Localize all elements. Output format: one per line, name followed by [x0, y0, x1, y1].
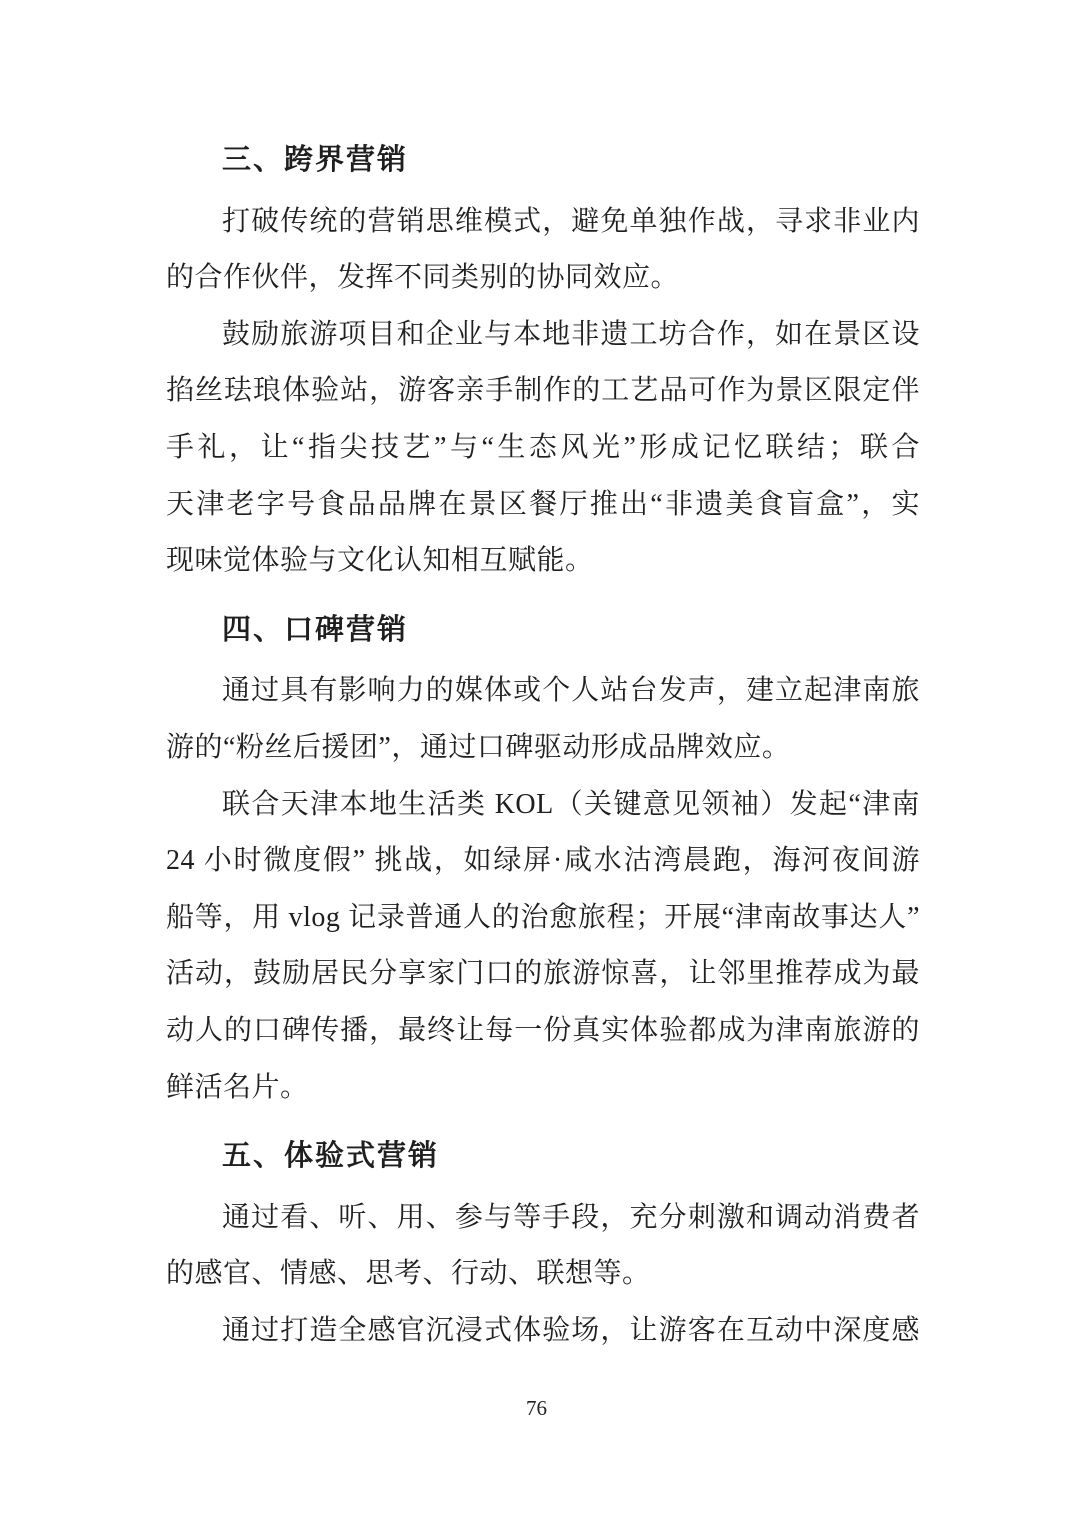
- text-line: 鲜活名片。: [166, 1060, 920, 1117]
- text-line: 联合天津本地生活类 KOL（关键意见领袖）发起“津南: [166, 777, 920, 834]
- paragraph: 通过打造全感官沉浸式体验场，让游客在互动中深度感: [166, 1303, 920, 1360]
- paragraph: 通过看、听、用、参与等手段，充分刺激和调动消费者的感官、情感、思考、行动、联想等…: [166, 1190, 920, 1303]
- text-line: 现味觉体验与文化认知相互赋能。: [166, 533, 920, 590]
- text-line: 活动，鼓励居民分享家门口的旅游惊喜，让邻里推荐成为最: [166, 946, 920, 1003]
- text-line: 通过打造全感官沉浸式体验场，让游客在互动中深度感: [166, 1303, 920, 1360]
- paragraph: 联合天津本地生活类 KOL（关键意见领袖）发起“津南24 小时微度假” 挑战，如…: [166, 777, 920, 1117]
- paragraph: 鼓励旅游项目和企业与本地非遗工坊合作，如在景区设掐丝珐琅体验站，游客亲手制作的工…: [166, 307, 920, 590]
- document-body: 三、跨界营销打破传统的营销思维模式，避免单独作战，寻求非业内的合作伙伴，发挥不同…: [166, 120, 920, 1359]
- document-page: 三、跨界营销打破传统的营销思维模式，避免单独作战，寻求非业内的合作伙伴，发挥不同…: [0, 0, 1073, 1519]
- text-line: 手礼，让“指尖技艺”与“生态风光”形成记忆联结；联合: [166, 420, 920, 477]
- text-line: 鼓励旅游项目和企业与本地非遗工坊合作，如在景区设: [166, 307, 920, 364]
- page-number: 76: [0, 1396, 1073, 1421]
- paragraph: 打破传统的营销思维模式，避免单独作战，寻求非业内的合作伙伴，发挥不同类别的协同效…: [166, 194, 920, 307]
- text-line: 船等，用 vlog 记录普通人的治愈旅程；开展“津南故事达人”: [166, 890, 920, 947]
- text-line: 动人的口碑传播，最终让每一份真实体验都成为津南旅游的: [166, 1003, 920, 1060]
- paragraph: 通过具有影响力的媒体或个人站台发声，建立起津南旅游的“粉丝后援团”，通过口碑驱动…: [166, 663, 920, 776]
- text-line: 的合作伙伴，发挥不同类别的协同效应。: [166, 250, 920, 307]
- text-line: 通过具有影响力的媒体或个人站台发声，建立起津南旅: [166, 663, 920, 720]
- section-heading: 四、口碑营销: [166, 602, 920, 659]
- text-line: 游的“粉丝后援团”，通过口碑驱动形成品牌效应。: [166, 720, 920, 777]
- text-line: 打破传统的营销思维模式，避免单独作战，寻求非业内: [166, 194, 920, 251]
- text-line: 通过看、听、用、参与等手段，充分刺激和调动消费者: [166, 1190, 920, 1247]
- section-heading: 三、跨界营销: [166, 132, 920, 189]
- text-line: 24 小时微度假” 挑战，如绿屏·咸水沽湾晨跑，海河夜间游: [166, 833, 920, 890]
- text-line: 天津老字号食品品牌在景区餐厅推出“非遗美食盲盒”，实: [166, 477, 920, 534]
- text-line: 的感官、情感、思考、行动、联想等。: [166, 1246, 920, 1303]
- text-line: 掐丝珐琅体验站，游客亲手制作的工艺品可作为景区限定伴: [166, 363, 920, 420]
- section-heading: 五、体验式营销: [166, 1128, 920, 1185]
